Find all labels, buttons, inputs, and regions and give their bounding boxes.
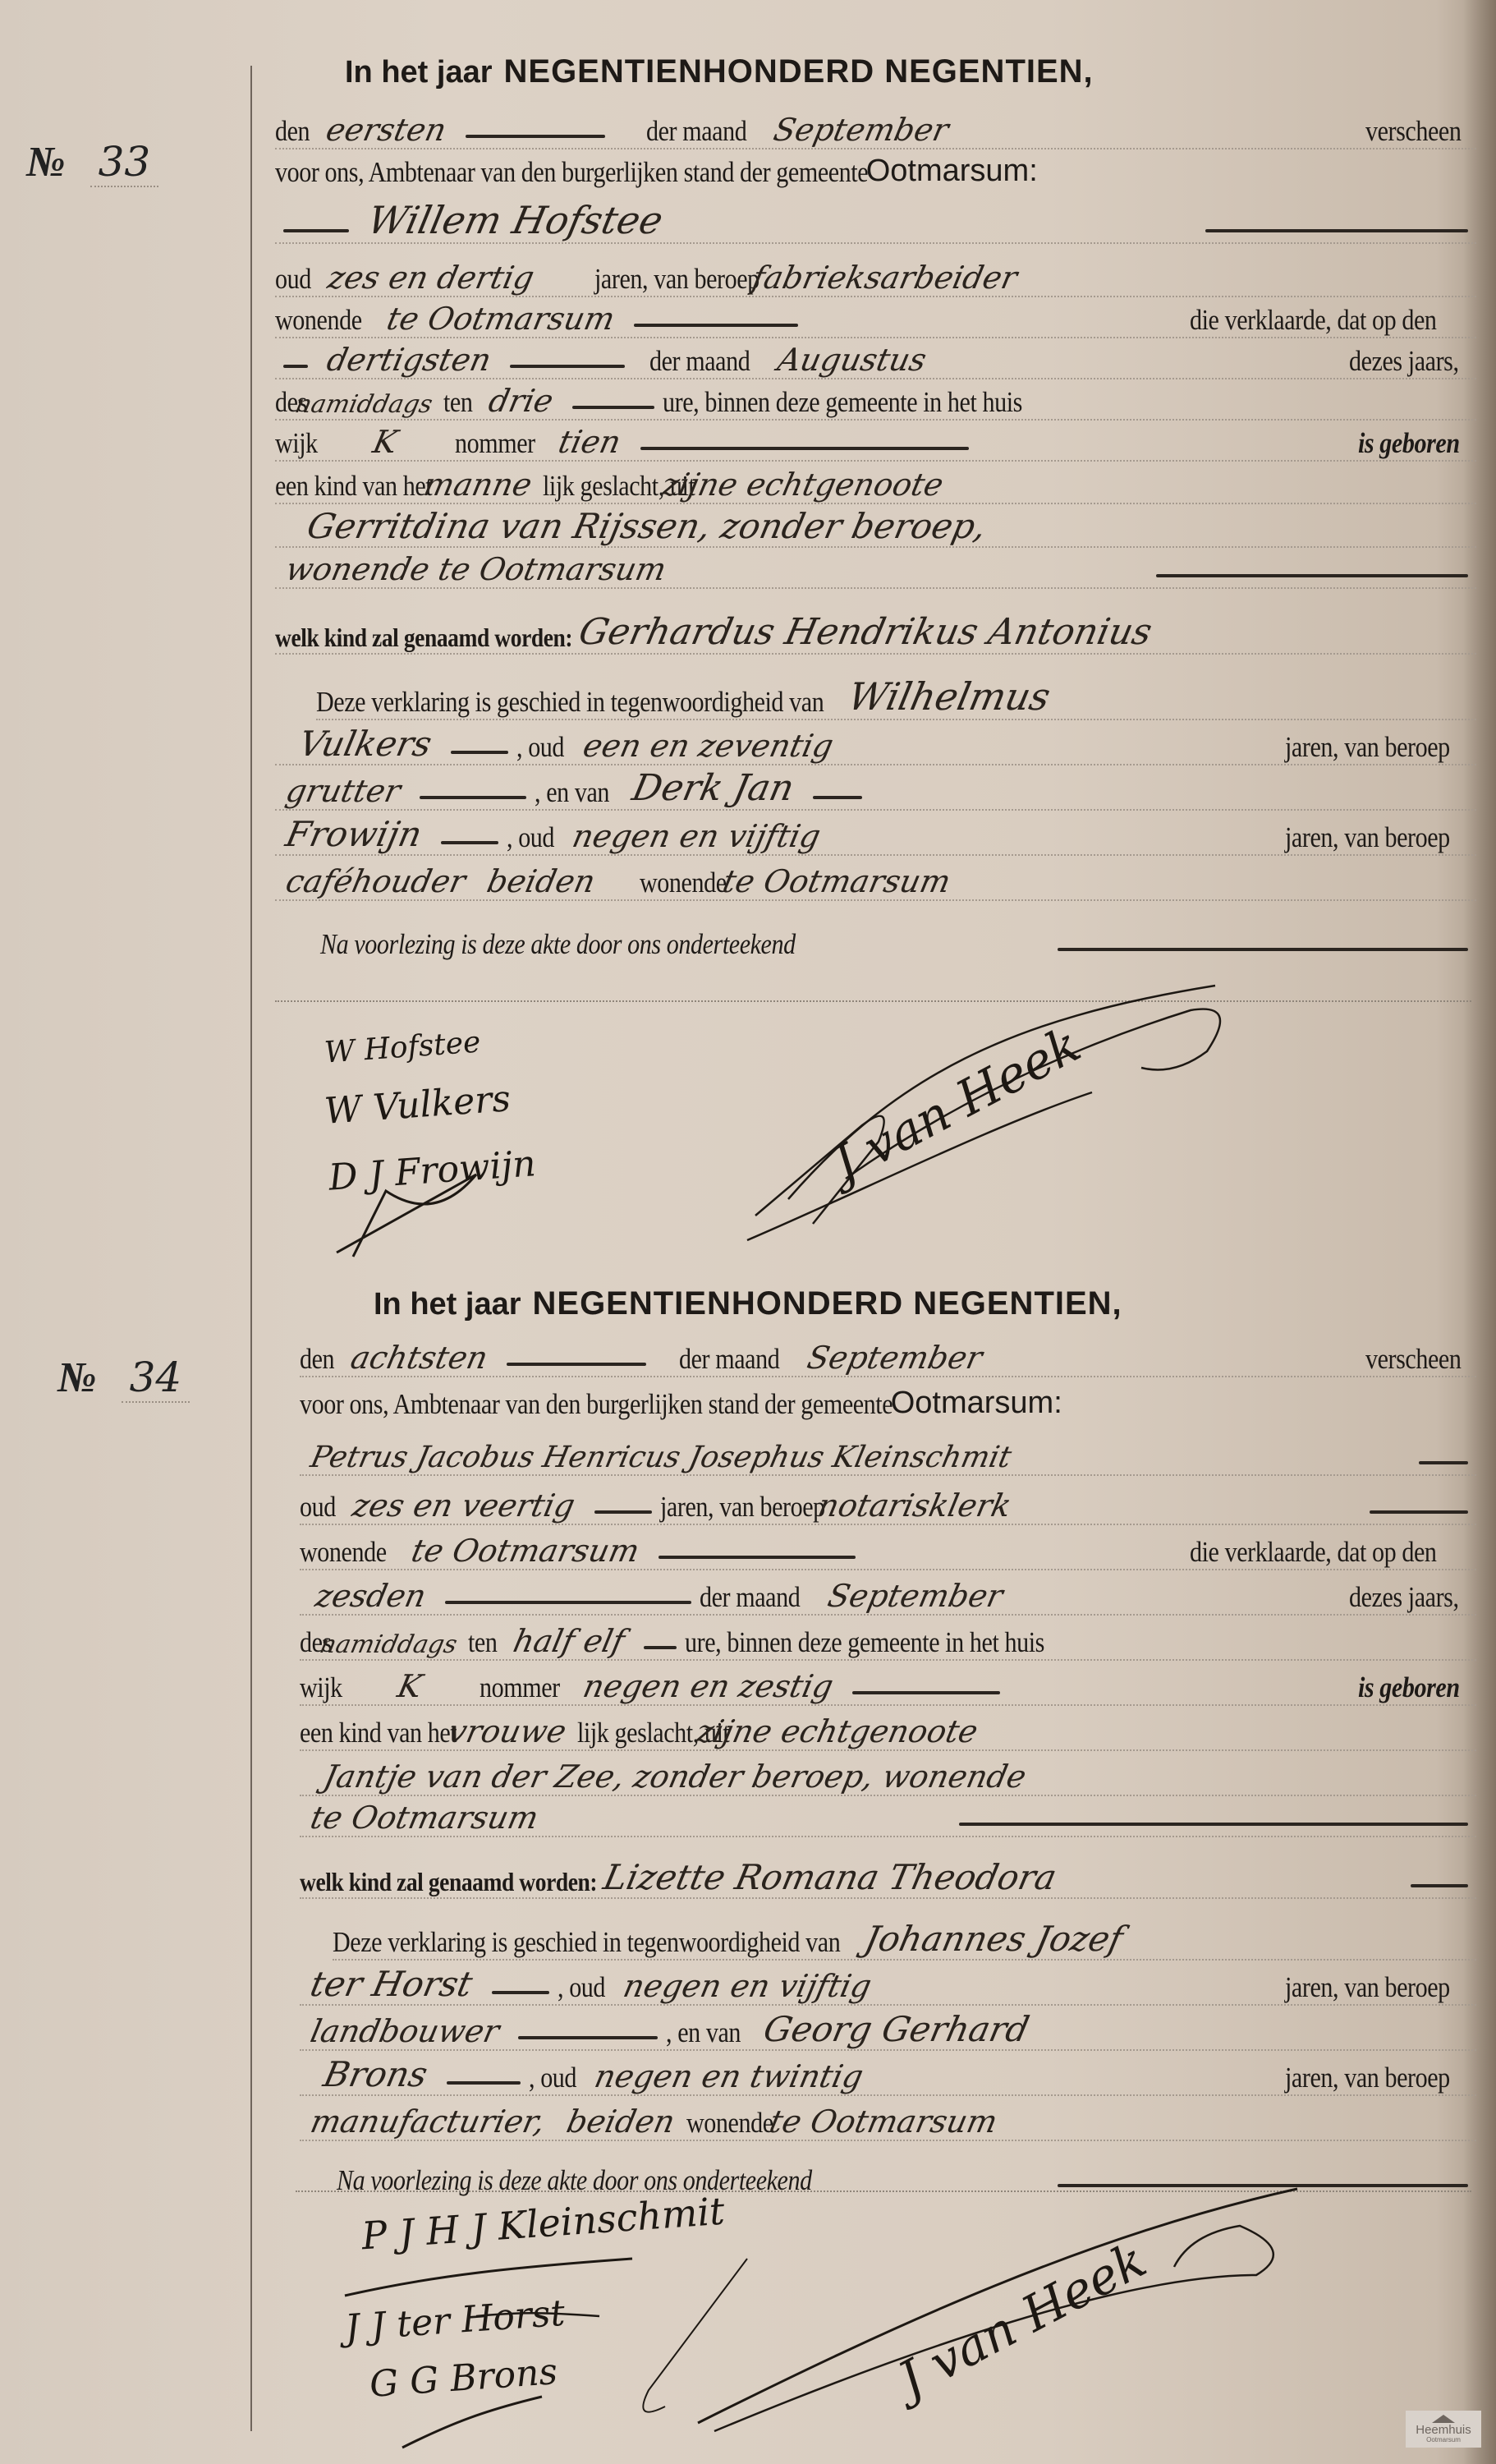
label-der-maand-2: der maand xyxy=(700,1581,800,1614)
field-month: September xyxy=(804,1340,985,1376)
row-oud: oud zes en dertig jaren, van beroep fabr… xyxy=(275,255,1476,297)
signature-flourishes xyxy=(271,2177,1486,2464)
row-wonende: wonende te Ootmarsum die verklaarde, dat… xyxy=(300,1528,1476,1570)
label-jaren-beroep: jaren, van beroep xyxy=(660,1491,825,1524)
row-mother-residence: te Ootmarsum xyxy=(300,1795,1476,1837)
row-time: des namiddags ten drie ure, binnen deze … xyxy=(275,378,1476,421)
field-declarant: Petrus Jacobus Henricus Josephus Kleinsc… xyxy=(308,1441,1015,1474)
row-witness2: Frowijn , oud negen en vijftig jaren, va… xyxy=(275,813,1476,856)
roof-icon xyxy=(1432,2415,1455,2423)
field-wijk: K xyxy=(370,424,402,460)
label-wonende-2: wonende xyxy=(686,2107,773,2140)
row-sex: een kind van het manne lijk geslacht, ui… xyxy=(275,462,1476,504)
field-sex: vrouwe xyxy=(446,1713,570,1749)
row-mother: Jantje van der Zee, zonder beroep, wonen… xyxy=(300,1754,1476,1796)
label-voor-ons: voor ons, Ambtenaar van den burgerlijken… xyxy=(275,156,868,189)
field-declarant-occupation: fabrieksarbeider xyxy=(750,260,1021,296)
act-number: №34 xyxy=(57,1354,190,1402)
label-welk-kind: welk kind zal genaamd worden: xyxy=(300,1867,597,1897)
row-mother-residence: wonende te Ootmarsum xyxy=(275,546,1476,589)
row-den: den achtsten der maand September versche… xyxy=(300,1335,1476,1377)
heemhuis-watermark: Heemhuis Ootmarsum xyxy=(1406,2411,1481,2448)
field-birth-day: zesden xyxy=(312,1578,429,1614)
act-number-value: 33 xyxy=(90,138,159,187)
row-voor-ons: voor ons, Ambtenaar van den burgerlijken… xyxy=(275,148,1476,189)
field-witness1-last: ter Horst xyxy=(307,1964,476,2004)
row-witness-intro: Deze verklaring is geschied in tegenwoor… xyxy=(333,1918,1476,1961)
row-child-name: welk kind zal genaamd worden: Gerhardus … xyxy=(275,612,1476,655)
row-sex: een kind van het vrouwe lijk geslacht, u… xyxy=(300,1708,1476,1751)
label-is-geboren: is geboren xyxy=(1358,1671,1460,1704)
label-oud: oud xyxy=(275,263,311,296)
field-declarant-residence: te Ootmarsum xyxy=(408,1533,642,1569)
field-witness2-first: Georg Gerhard xyxy=(760,2009,1033,2049)
label-die-verklaarde: die verklaarde, dat op den xyxy=(1190,304,1437,337)
watermark-name: Heemhuis xyxy=(1416,2424,1471,2436)
row-declarant: Petrus Jacobus Henricus Josephus Kleinsc… xyxy=(300,1433,1476,1476)
field-birth-hour: drie xyxy=(485,383,556,419)
act-number: №33 xyxy=(26,138,158,186)
row-voor-ons: voor ons, Ambtenaar van den burgerlijken… xyxy=(300,1380,1476,1421)
label-voor-ons: voor ons, Ambtenaar van den burgerlijken… xyxy=(300,1388,893,1421)
field-witness2-occupation: caféhouder xyxy=(282,863,469,899)
label-oud-w2: , oud xyxy=(507,821,554,854)
watermark-sub: Ootmarsum xyxy=(1426,2436,1461,2443)
field-witness1-first: Johannes Jozef xyxy=(861,1919,1127,1959)
label-jaren-beroep-w1: jaren, van beroep xyxy=(1285,1971,1450,2004)
label-deze-verklaring: Deze verklaring is geschied in tegenwoor… xyxy=(333,1926,840,1959)
field-witness2-last: Frowijn xyxy=(282,814,425,854)
field-wijk: K xyxy=(395,1668,426,1704)
label-jaren-beroep: jaren, van beroep xyxy=(594,263,759,296)
field-declarant-age: zes en veertig xyxy=(349,1487,578,1524)
act-heading: In het jaarNEGENTIENHONDERD NEGENTIEN, xyxy=(345,49,1476,90)
field-day: eersten xyxy=(323,112,449,148)
field-month: September xyxy=(770,112,952,148)
label-wonende-2: wonende xyxy=(640,867,727,899)
field-sex: manne xyxy=(421,467,535,503)
municipality: Ootmarsum: xyxy=(891,1386,1062,1421)
row-mother: Gerritdina van Rijssen, zonder beroep, xyxy=(275,505,1476,548)
row-birth-date: zesden der maand September dezes jaars, xyxy=(300,1573,1476,1616)
row-time: des namiddags ten half elf ure, binnen d… xyxy=(300,1618,1476,1661)
label-na-voorlezing: Na voorlezing is deze akte door ons onde… xyxy=(320,928,796,961)
label-wonende: wonende xyxy=(300,1536,387,1569)
label-jaren-beroep-w2: jaren, van beroep xyxy=(1285,2062,1450,2094)
row-witness1: Vulkers , oud een en zeventig jaren, van… xyxy=(275,723,1476,765)
field-witness1-occupation: grutter xyxy=(282,773,404,809)
label-en-van: , en van xyxy=(666,2016,741,2049)
label-en-van: , en van xyxy=(535,776,609,809)
number-sign: № xyxy=(57,1354,97,1401)
act-number-value: 34 xyxy=(122,1354,190,1403)
field-mother-line2: Jantje van der Zee, zonder beroep, wonen… xyxy=(320,1758,1030,1795)
field-witness1-last: Vulkers xyxy=(296,724,435,764)
field-declarant-residence: te Ootmarsum xyxy=(383,301,617,337)
field-witness-residence: te Ootmarsum xyxy=(767,2103,1001,2140)
heading-prefix: In het jaar xyxy=(345,55,493,90)
act-heading: In het jaarNEGENTIENHONDERD NEGENTIEN, xyxy=(374,1281,1476,1322)
field-daypart: namiddags xyxy=(292,390,435,419)
field-mother-line1: zijne echtgenoote xyxy=(659,467,947,503)
field-mother-line3: te Ootmarsum xyxy=(307,1800,541,1836)
row-child-name: welk kind zal genaamd worden: Lizette Ro… xyxy=(300,1856,1476,1899)
label-den: den xyxy=(300,1343,334,1376)
row-witness-intro: Deze verklaring is geschied in tegenwoor… xyxy=(316,678,1476,720)
label-oud: oud xyxy=(300,1491,336,1524)
field-daypart: namiddags xyxy=(317,1630,460,1659)
label-ure: ure, binnen deze gemeente in het huis xyxy=(685,1626,1044,1659)
label-den: den xyxy=(275,115,310,148)
municipality: Ootmarsum: xyxy=(866,154,1038,189)
signature-flourishes xyxy=(271,977,1486,1289)
label-verscheen: verscheen xyxy=(1365,115,1461,148)
field-both: beiden xyxy=(484,863,599,899)
heading-year: NEGENTIENHONDERD NEGENTIEN, xyxy=(504,53,1094,90)
row-witness2: Brons , oud negen en twintig jaren, van … xyxy=(300,2053,1476,2096)
field-witness2-first: Derk Jan xyxy=(629,767,798,809)
label-welk-kind: welk kind zal genaamd worden: xyxy=(275,623,572,653)
label-wonende: wonende xyxy=(275,304,362,337)
label-wijk: wijk xyxy=(300,1671,342,1704)
label-der-maand: der maand xyxy=(679,1343,779,1376)
field-child-name: Lizette Romana Theodora xyxy=(600,1857,1060,1897)
label-nommer: nommer xyxy=(455,427,535,460)
row-declarant: Willem Hofstee xyxy=(275,201,1476,244)
row-witness2-occupation: manufacturier, beiden wonende te Ootmars… xyxy=(300,2099,1476,2141)
field-witness1-first: Wilhelmus xyxy=(844,674,1054,719)
row-wijk: wijk K nommer tien is geboren xyxy=(275,419,1476,462)
label-ten: ten xyxy=(443,386,472,419)
field-birth-hour: half elf xyxy=(510,1623,627,1659)
row-den: den eersten der maand September verschee… xyxy=(275,107,1476,149)
number-sign: № xyxy=(26,139,66,186)
row-wijk: wijk K nommer negen en zestig is geboren xyxy=(300,1663,1476,1706)
field-declarant: Willem Hofstee xyxy=(364,198,667,242)
label-der-maand: der maand xyxy=(646,115,746,148)
field-witness2-age: negen en twintig xyxy=(592,2058,867,2094)
heading-year: NEGENTIENHONDERD NEGENTIEN, xyxy=(533,1285,1122,1322)
row-witness1-occupation: landbouwer , en van Georg Gerhard xyxy=(300,2008,1476,2051)
row-witness1: ter Horst , oud negen en vijftig jaren, … xyxy=(300,1963,1476,2006)
field-house-number: negen en zestig xyxy=(581,1668,837,1704)
margin-rule xyxy=(250,66,252,2431)
label-oud-w2: , oud xyxy=(529,2062,576,2094)
field-mother-line1: zijne echtgenoote xyxy=(693,1713,981,1749)
field-birth-month: Augustus xyxy=(774,342,929,378)
label-ure: ure, binnen deze gemeente in het huis xyxy=(663,386,1022,419)
field-witness1-age: negen en vijftig xyxy=(620,1968,874,2004)
label-wijk: wijk xyxy=(275,427,318,460)
field-witness-residence: te Ootmarsum xyxy=(720,863,954,899)
label-een-kind: een kind van het xyxy=(275,470,432,503)
label-dezes-jaars: dezes jaars, xyxy=(1349,345,1459,378)
row-witness2-occupation: caféhouder beiden wonende te Ootmarsum xyxy=(275,858,1476,901)
label-ten: ten xyxy=(468,1626,497,1659)
register-page: №33 In het jaarNEGENTIENHONDERD NEGENTIE… xyxy=(0,0,1496,2464)
heading-prefix: In het jaar xyxy=(374,1287,521,1322)
field-house-number: tien xyxy=(556,424,625,460)
field-both: beiden xyxy=(564,2103,679,2140)
field-witness2-last: Brons xyxy=(320,2054,431,2094)
label-een-kind: een kind van het xyxy=(300,1717,457,1749)
field-witness1-age: een en zeventig xyxy=(580,728,837,764)
field-witness2-occupation: manufacturier, xyxy=(307,2103,548,2140)
label-oud-w1: , oud xyxy=(516,731,564,764)
label-jaren-beroep-w1: jaren, van beroep xyxy=(1285,731,1450,764)
row-birth-date: dertigsten der maand Augustus dezes jaar… xyxy=(275,337,1476,379)
label-dezes-jaars: dezes jaars, xyxy=(1349,1581,1459,1614)
label-jaren-beroep-w2: jaren, van beroep xyxy=(1285,821,1450,854)
label-oud-w1: , oud xyxy=(558,1971,605,2004)
field-declarant-age: zes en dertig xyxy=(324,260,537,296)
field-child-name: Gerhardus Hendrikus Antonius xyxy=(576,611,1156,653)
field-mother-line3: wonende te Ootmarsum xyxy=(282,551,669,587)
row-oud: oud zes en veertig jaren, van beroep not… xyxy=(300,1483,1476,1525)
field-birth-day: dertigsten xyxy=(324,342,494,378)
label-nommer: nommer xyxy=(480,1671,560,1704)
field-declarant-occupation: notarisklerk xyxy=(815,1487,1014,1524)
field-day: achtsten xyxy=(347,1340,491,1376)
row-na-voorlezing: Na voorlezing is deze akte door ons onde… xyxy=(320,920,1476,961)
row-wonende: wonende te Ootmarsum die verklaarde, dat… xyxy=(275,296,1476,338)
label-verscheen: verscheen xyxy=(1365,1343,1461,1376)
field-witness2-age: negen en vijftig xyxy=(570,818,824,854)
field-witness1-occupation: landbouwer xyxy=(307,2013,502,2049)
label-is-geboren: is geboren xyxy=(1358,427,1460,460)
row-witness1-occupation: grutter , en van Derk Jan xyxy=(275,768,1476,811)
label-der-maand-2: der maand xyxy=(649,345,750,378)
label-die-verklaarde: die verklaarde, dat op den xyxy=(1190,1536,1437,1569)
field-mother-line2: Gerritdina van Rijssen, zonder beroep, xyxy=(304,506,990,546)
field-birth-month: September xyxy=(824,1578,1006,1614)
label-deze-verklaring: Deze verklaring is geschied in tegenwoor… xyxy=(316,686,824,719)
